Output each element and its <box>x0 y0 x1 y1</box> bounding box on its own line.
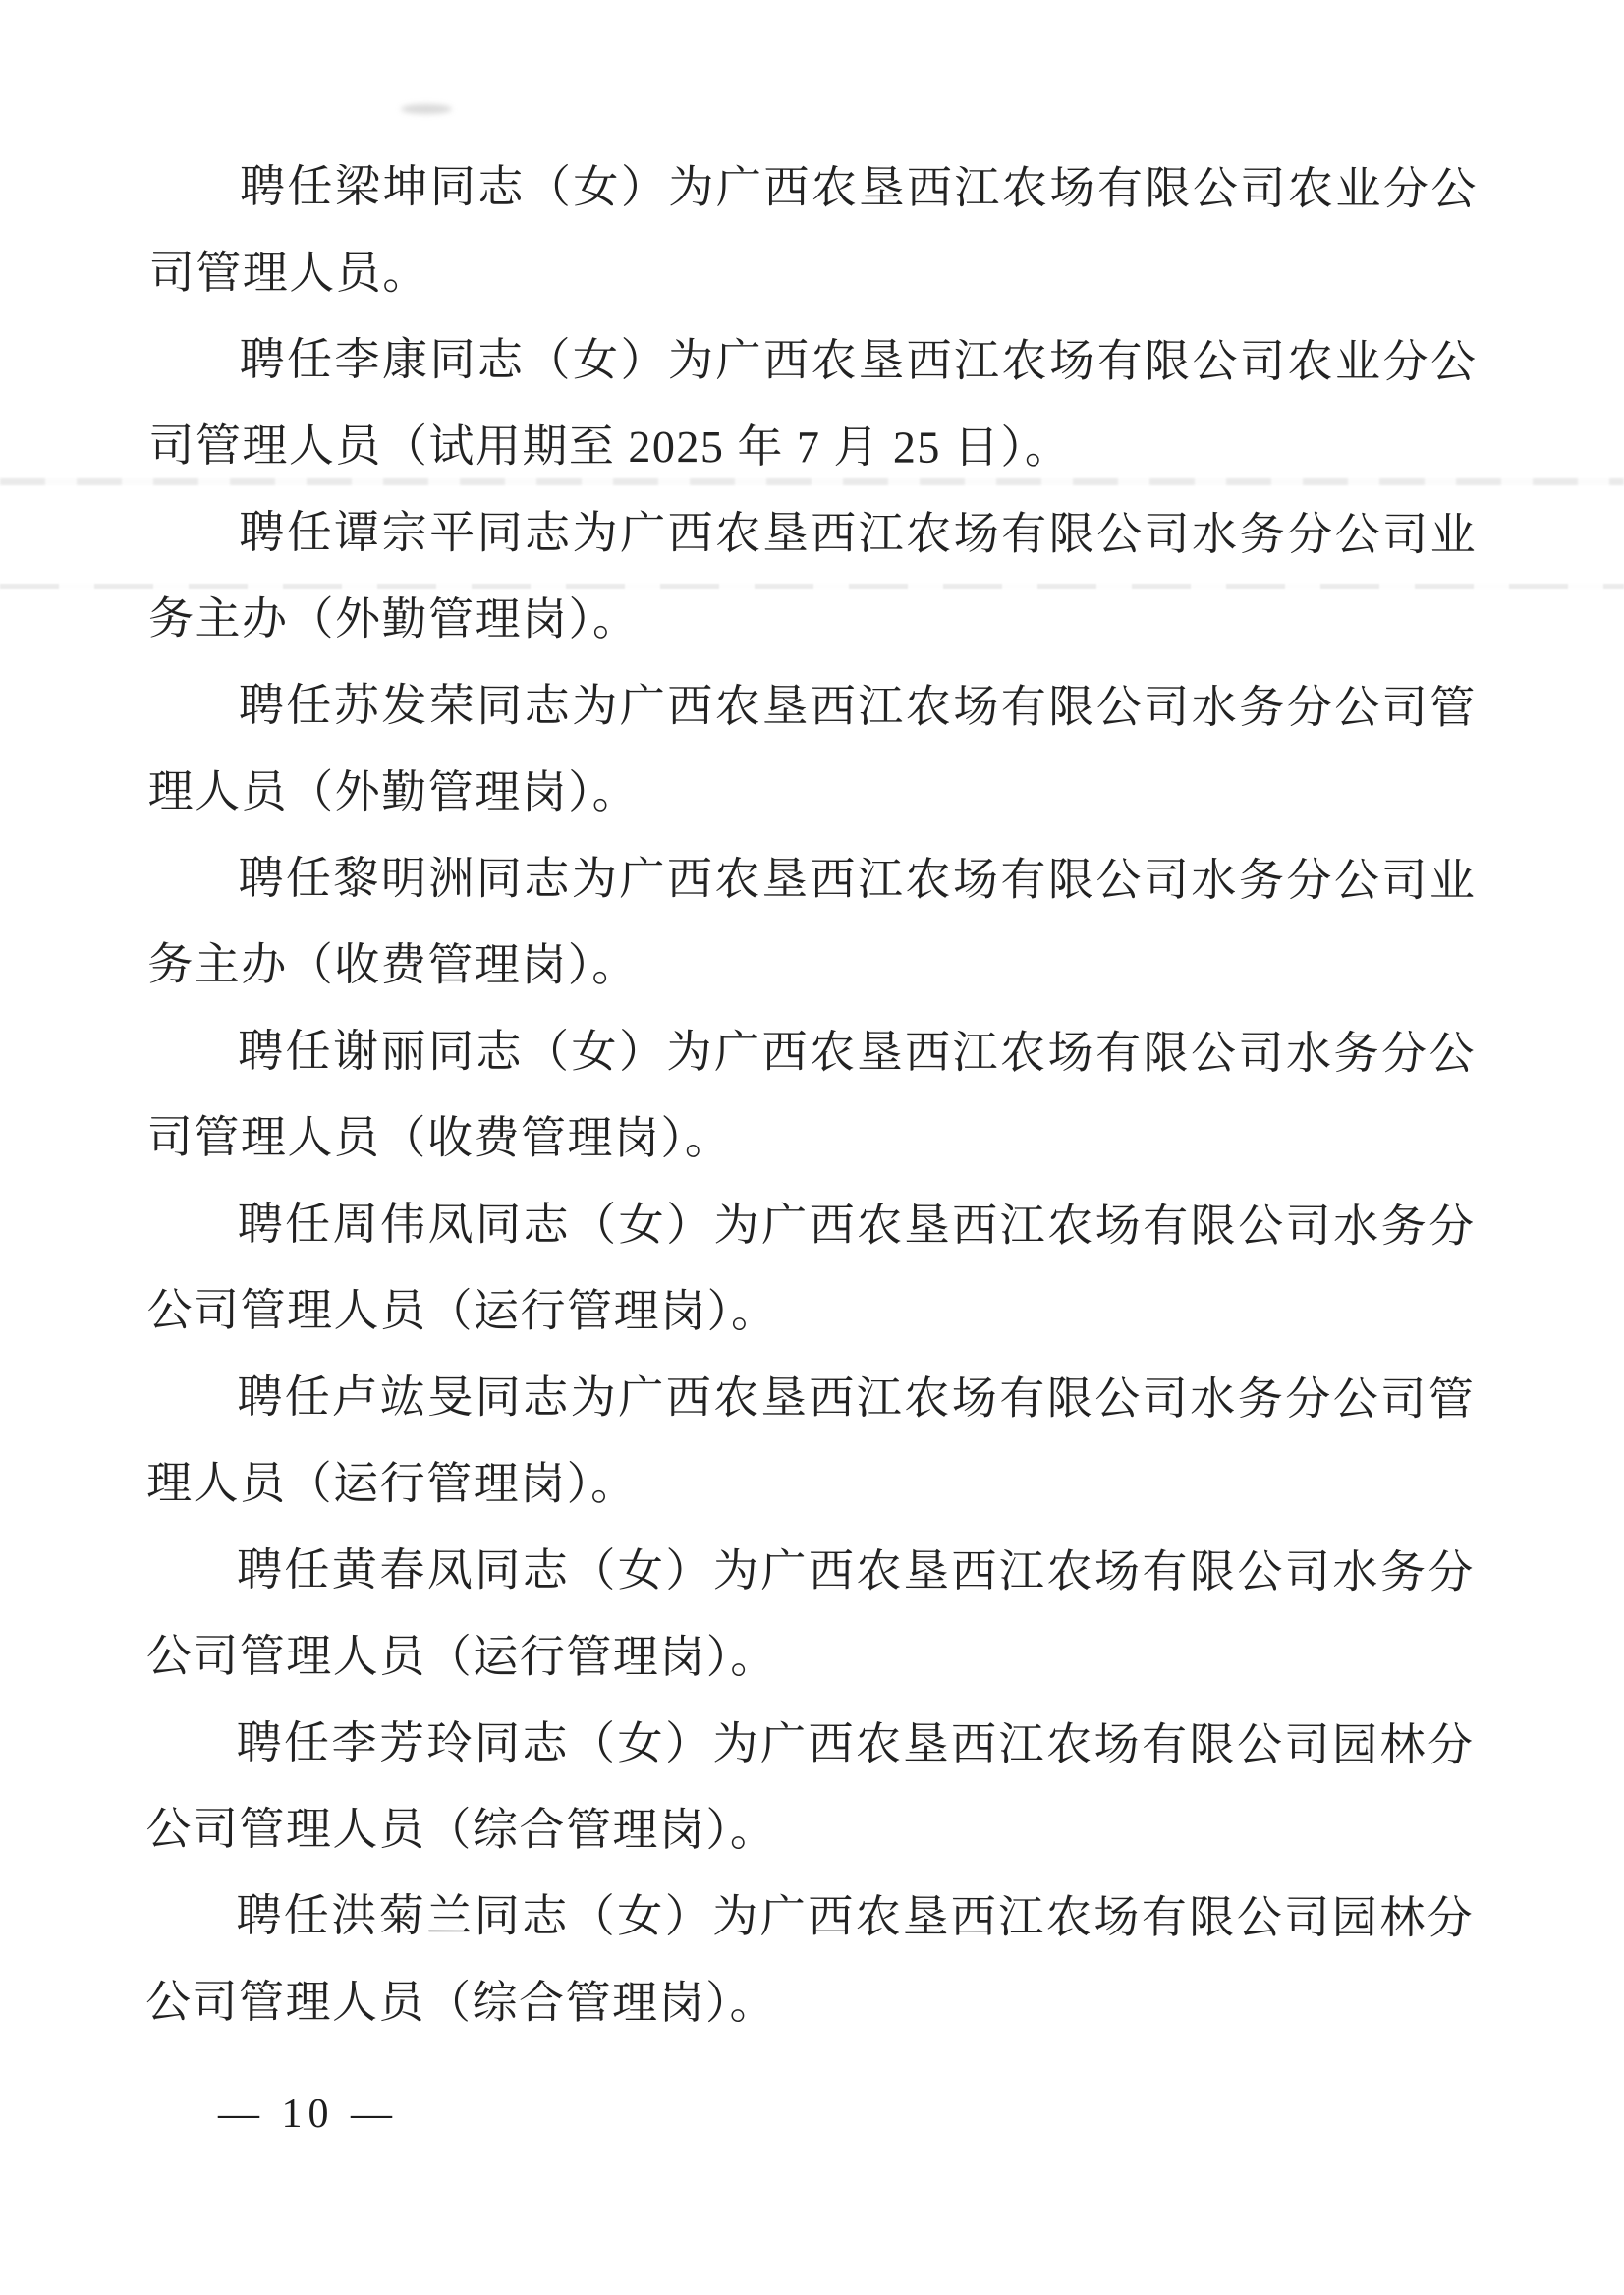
appointment-paragraph: 聘任梁坤同志（女）为广西农垦西江农场有限公司农业分公司管理人员。 <box>149 143 1478 319</box>
appointment-paragraph: 聘任李康同志（女）为广西农垦西江农场有限公司农业分公司管理人员（试用期至 202… <box>148 316 1477 492</box>
appointment-paragraph: 聘任谢丽同志（女）为广西农垦西江农场有限公司水务分公司管理人员（收费管理岗）。 <box>147 1008 1476 1184</box>
appointment-paragraph: 聘任苏发荣同志为广西农垦西江农场有限公司水务分公司管理人员（外勤管理岗）。 <box>148 662 1477 838</box>
appointment-paragraph: 聘任卢竑旻同志为广西农垦西江农场有限公司水务分公司管理人员（运行管理岗）。 <box>146 1354 1475 1530</box>
page-number: — 10 — <box>218 2091 398 2138</box>
appointment-paragraph: 聘任黎明洲同志为广西农垦西江农场有限公司水务分公司业务主办（收费管理岗）。 <box>147 835 1476 1011</box>
scanned-document-page: 聘任梁坤同志（女）为广西农垦西江农场有限公司农业分公司管理人员。 聘任李康同志（… <box>0 0 1624 2295</box>
appointment-paragraph: 聘任黄春凤同志（女）为广西农垦西江农场有限公司水务分公司管理人员（运行管理岗）。 <box>146 1527 1475 1703</box>
scan-smudge <box>401 104 452 114</box>
appointment-paragraph: 聘任周伟凤同志（女）为广西农垦西江农场有限公司水务分公司管理人员（运行管理岗）。 <box>146 1181 1475 1357</box>
appointment-paragraph: 聘任洪菊兰同志（女）为广西农垦西江农场有限公司园林分公司管理人员（综合管理岗）。 <box>145 1873 1474 2048</box>
document-text-block: 聘任梁坤同志（女）为广西农垦西江农场有限公司农业分公司管理人员。 聘任李康同志（… <box>145 143 1478 2048</box>
appointment-paragraph: 聘任谭宗平同志为广西农垦西江农场有限公司水务分公司业务主办（外勤管理岗）。 <box>148 489 1477 665</box>
appointment-paragraph: 聘任李芳玲同志（女）为广西农垦西江农场有限公司园林分公司管理人员（综合管理岗）。 <box>145 1700 1474 1875</box>
